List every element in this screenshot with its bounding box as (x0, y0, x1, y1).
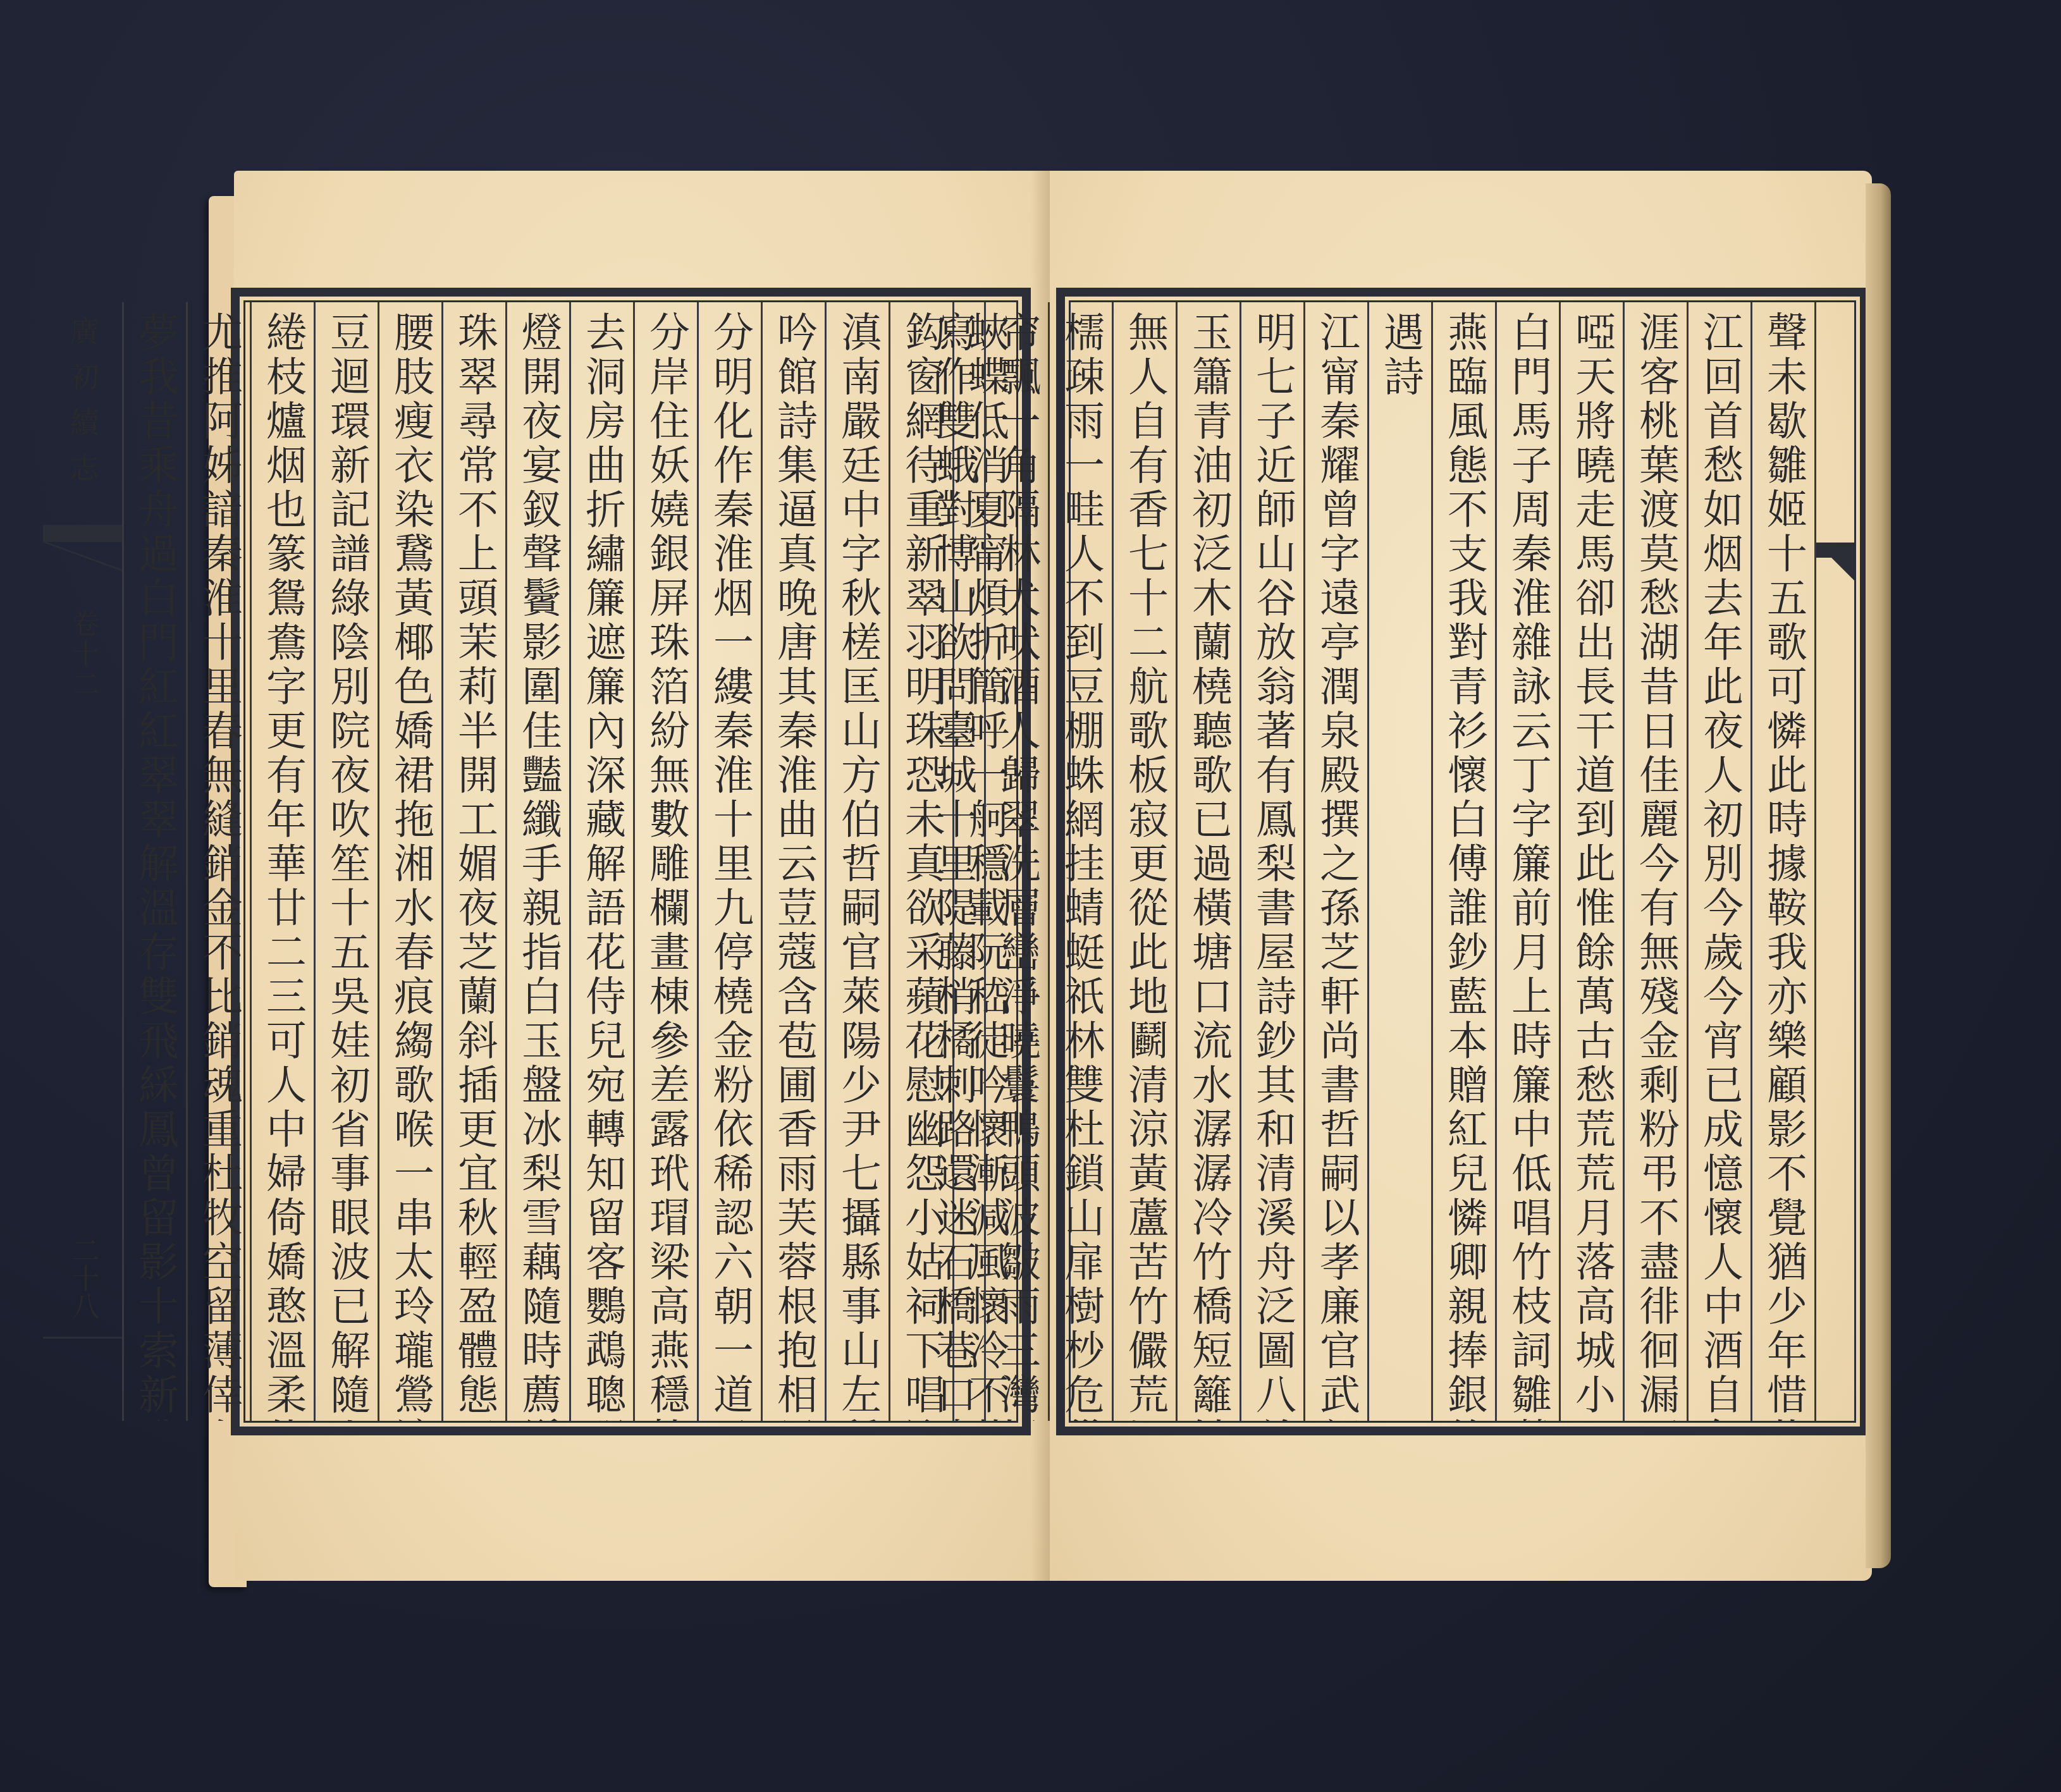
right-page: 聲未歇雛姬十五歌可憐此時據鞍我亦樂顧影不覺猶少年惜哉花月只空度春 江回首愁如烟去… (1050, 171, 1872, 1581)
text-column: 吟館詩集逼真晚唐其秦淮曲云荳蔻含苞圃香雨芙蓉根抱相思土斷雲殘月不 (761, 302, 825, 1421)
open-book: 蛺蝶低消夏甯煩折簡呼一舸穩載阮嵇徒吟懷漸減風懷冷不藉詩娛藉酒娛篇 鈎窗網待重新翠… (209, 171, 1891, 1587)
text-column: 聲未歇雛姬十五歌可憐此時據鞍我亦樂顧影不覺猶少年惜哉花月只空度春 (1750, 302, 1814, 1421)
text-column: 啞天將曉走馬卻出長干道到此惟餘萬古愁荒荒月落高城小 (1559, 302, 1623, 1421)
text-column: 帘飄一角隔林犬吠酒人歸翠洗層巒淨曉鬟鴨頭波皺雨三灣怪他眉譜翻新樣 (984, 302, 1048, 1421)
text-column: 江甯秦耀曾字遠亭潤泉殿撰之孫芝軒尚書哲嗣以孝廉官武部員外工詩少學 (1303, 302, 1367, 1421)
text-column: 燈開夜宴釵聲鬢影圍佳豔纖手親指白玉盤冰梨雪藕隨時薦鬆鬆髻子學蘇州 (505, 302, 569, 1421)
text-column: 涯客桃葉渡莫愁湖昔日佳麗今有無殘金剩粉弔不盡徘徊漏下啼城烏城烏啞 (1623, 302, 1687, 1421)
volume-label: 卷十二 (63, 609, 103, 700)
margin-bottom-block (43, 1337, 122, 1421)
text-column: 珠翠尋常不上頭茉莉半開工媚夜芝蘭斜插更宜秋輕盈體態天生就冰綃束緊 (441, 302, 505, 1421)
left-page-columns: 蛺蝶低消夏甯煩折簡呼一舸穩載阮嵇徒吟懷漸減風懷冷不藉詩娛藉酒娛篇 鈎窗網待重新翠… (243, 300, 1018, 1423)
fishtail-ornament (43, 525, 122, 571)
text-column: 滇南嚴廷中字秋槎匡山方伯哲嗣官萊陽少尹七攝縣事山左稱循吏焉著紅蕉 (825, 302, 889, 1421)
text-column: 檽疎雨一畦人不到豆棚蛛網挂蜻蜓祇林雙杜鎖山扉樹杪危巢白露飛忽見青 (1048, 302, 1112, 1421)
text-column: 明七子近師山谷放翁著有鳳梨書屋詩鈔其和清溪舟泛圖八首云紅蠟能填碧 (1240, 302, 1303, 1421)
text-column: 腰肢瘦衣染鵞黃椰色嬌裙拖湘水春痕縐歌喉一串太玲瓏鶯讓悠揚燕讓清紅 (378, 302, 441, 1421)
text-column: 無人自有香七十二航歌板寂更從此地鬬清涼黃蘆苦竹儼荒汀水榭傾頹閒曲 (1112, 302, 1176, 1421)
right-page-columns: 聲未歇雛姬十五歌可憐此時據鞍我亦樂顧影不覺猶少年惜哉花月只空度春 江回首愁如烟去… (1069, 300, 1856, 1423)
book-title: 廣初續志 (62, 316, 104, 525)
block-center-margin: 廣初續志 卷十二 二十八 (43, 302, 122, 1421)
text-column: 遇詩 (1367, 302, 1431, 1421)
text-column: 白門馬子周秦淮雜詠云丁字簾前月上時簾中低唱竹枝詞雛鶯出谷啼猶軟乳 (1495, 302, 1559, 1421)
text-column: 分岸住妖嬈銀屏珠箔紛無數雕欄畫棟參差露玳瑁梁高燕穩棲流蘇帳暖春難 (633, 302, 697, 1421)
text-column: 分明化作秦淮烟一縷秦淮十里九停橈金粉依稀認六朝一道盈盈衣帶水紅樓 (697, 302, 761, 1421)
page-number: 二十八 (63, 1236, 103, 1320)
text-column: 夢我昔乘舟過白門紅紅翠翠解溫存雙飛綵鳳曾留影十索新歌總斷魂江山無 (122, 302, 186, 1421)
text-column: 去洞房曲折繡簾遮簾內深藏解語花侍兒宛轉知留客鸚鵡聰明曾喚茶綠酒紅 (569, 302, 633, 1421)
text-column: 江回首愁如烟去年此夜人初別今歲今宵已成憶懷人中酒自年年此時愁煞天 (1687, 302, 1750, 1421)
text-column: 豆迴環新記譜綠陰別院夜吹笙十五吳娃初省事眼波已解隨人試花信專工繾 (314, 302, 378, 1421)
fishtail-ornament (1816, 543, 1854, 580)
text-column: 燕臨風態不支我對青衫懷白傅誰鈔藍本贈紅兒憐卿親捧銀箋紙補索前宵感 (1431, 302, 1495, 1421)
text-column: 玉簫青油初泛木蘭橈聽歌已過橫塘口流水潺潺冷竹橋短籬缺處補移楊野蔓 (1176, 302, 1240, 1421)
page-stack-edge (1866, 183, 1891, 1568)
right-page-frame: 聲未歇雛姬十五歌可憐此時據鞍我亦樂顧影不覺猶少年惜哉花月只空度春 江回首愁如烟去… (1056, 288, 1869, 1435)
block-center-margin-edge (1814, 302, 1854, 1421)
left-page-frame: 蛺蝶低消夏甯煩折簡呼一舸穩載阮嵇徒吟懷漸減風懷冷不藉詩娛藉酒娛篇 鈎窗網待重新翠… (231, 288, 1031, 1435)
text-column: 尤推阿姊諳秦淮十里春無縫銷金不比銷魂重杜牧空留薄倖名高唐未醒迷離 (186, 302, 250, 1421)
text-column: 綣枝爐烟也篆鴛鴦字更有年華廿二三可人中婦倚嬌憨溫柔儘讓秋娘慣風月 (250, 302, 314, 1421)
text-column: 寫作雙蛾對博山欲問臺城十里隄藤梢橘刺路還迷石橋巷口南朝寺草翦裙腰 (920, 302, 984, 1421)
